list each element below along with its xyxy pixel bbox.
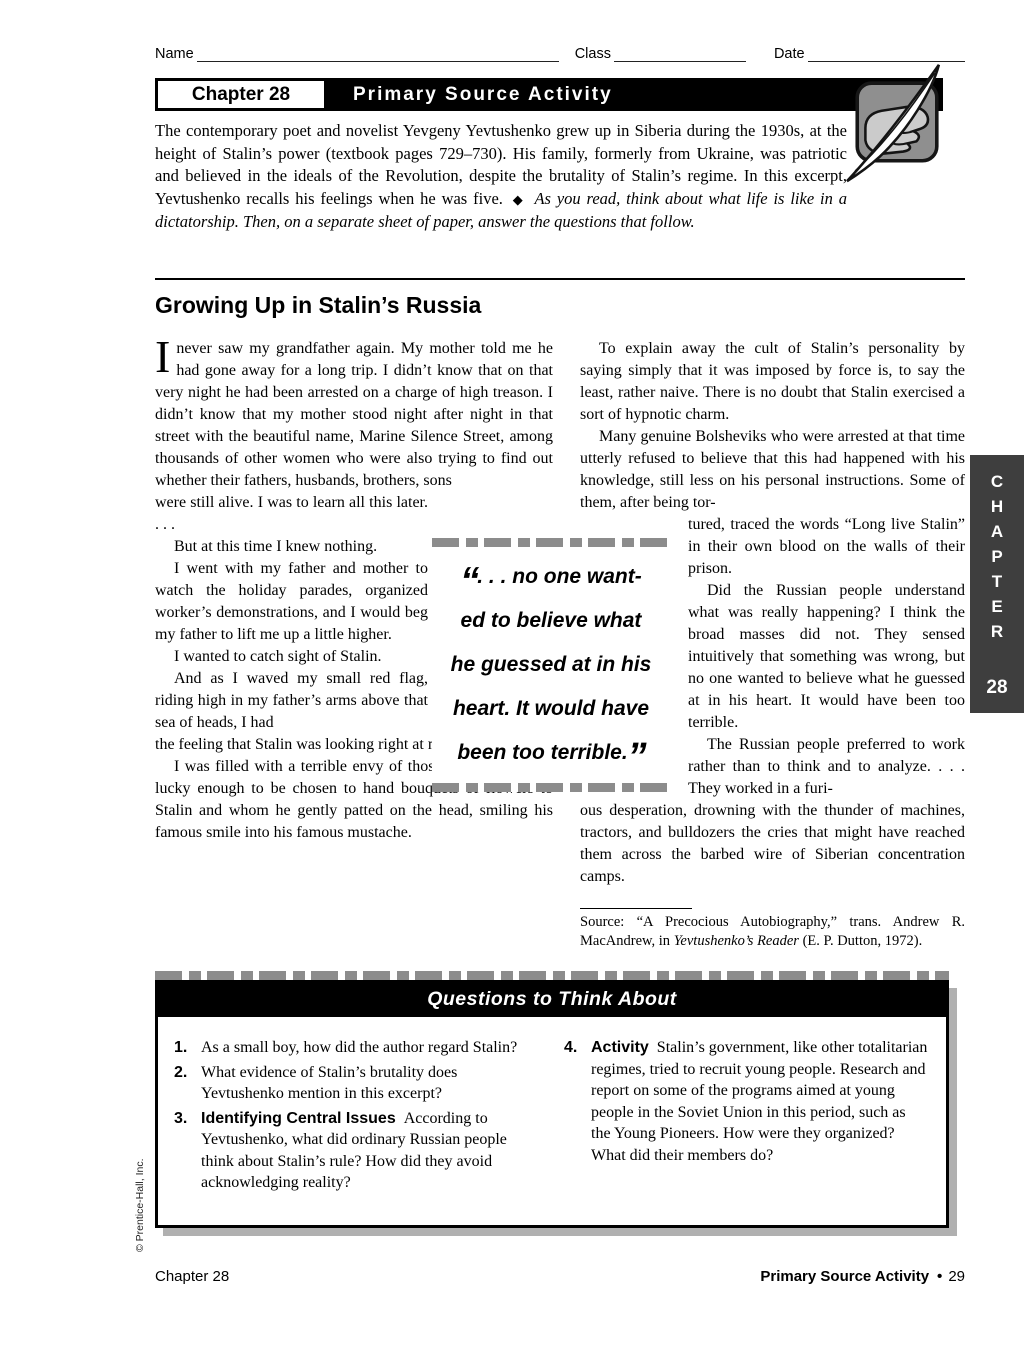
left-narrow-wrap: were still alive. I was to learn all thi… xyxy=(155,492,428,734)
question-item: 4. ActivityStalin’s government, like oth… xyxy=(564,1037,928,1166)
question-item: 2. What evidence of Stalin’s brutality d… xyxy=(174,1062,538,1105)
question-item: 3. Identifying Central IssuesAccording t… xyxy=(174,1108,538,1194)
name-label: Name xyxy=(155,46,197,62)
tab-letter: H xyxy=(991,494,1003,519)
question-number: 4. xyxy=(564,1037,591,1166)
name-blank-line xyxy=(197,44,559,62)
question-item: 1. As a small boy, how did the author re… xyxy=(174,1037,538,1059)
intro-paragraph: The contemporary poet and novelist Yevge… xyxy=(155,120,847,234)
quote-line: been too terrible.” xyxy=(432,741,670,765)
tab-letter: T xyxy=(992,569,1002,594)
paragraph: And as I waved my small red flag, riding… xyxy=(155,668,428,734)
source-rule xyxy=(580,908,692,909)
questions-right-column: 4. ActivityStalin’s government, like oth… xyxy=(564,1037,928,1197)
paragraph: Did the Russian people understand what w… xyxy=(688,580,965,734)
open-quote-mark: “ xyxy=(460,560,477,602)
questions-box: Questions to Think About 1. As a small b… xyxy=(155,980,949,1228)
worksheet-page: Name Class Date Chapter 28 Primary Sourc… xyxy=(0,0,1024,1350)
paragraph: were still alive. I was to learn all thi… xyxy=(155,492,428,536)
banner: Chapter 28 Primary Source Activity xyxy=(155,78,943,111)
paragraph: ous desperation, drowning with the thund… xyxy=(580,800,965,888)
tab-letter: C xyxy=(991,469,1003,494)
divider-rule xyxy=(155,278,965,280)
question-number: 2. xyxy=(174,1062,201,1105)
stripe-bar-questions xyxy=(155,971,949,980)
footer-right: Primary Source Activity•29 xyxy=(760,1268,965,1285)
tab-letter: R xyxy=(991,619,1003,644)
chapter-number-box: Chapter 28 xyxy=(155,78,327,111)
quote-line: heart. It would have xyxy=(432,697,670,721)
source-text-end: (E. P. Dutton, 1972). xyxy=(799,933,922,949)
class-label: Class xyxy=(575,46,614,62)
question-text: ActivityStalin’s government, like other … xyxy=(591,1037,928,1166)
questions-left-column: 1. As a small boy, how did the author re… xyxy=(174,1037,538,1197)
questions-body: 1. As a small boy, how did the author re… xyxy=(158,1017,946,1225)
pull-quote-text: “. . . no one want- ed to believe what h… xyxy=(432,547,670,783)
paragraph: I wanted to catch sight of Stalin. xyxy=(155,646,428,668)
drop-cap: I xyxy=(155,338,176,375)
paragraph: The Russian people preferred to work rat… xyxy=(688,734,965,800)
close-quote-mark: ” xyxy=(628,736,645,778)
quote-line: ed to believe what xyxy=(432,609,670,633)
class-blank-line xyxy=(614,44,746,62)
question-text: As a small boy, how did the author regar… xyxy=(201,1037,517,1059)
paragraph: Many genuine Bolsheviks who were arreste… xyxy=(580,426,965,514)
right-narrow-wrap: tured, traced the words “Long live Stali… xyxy=(688,514,965,800)
tab-letter: A xyxy=(991,519,1003,544)
diamond-icon: ◆ xyxy=(509,192,529,207)
paragraph: To explain away the cult of Stalin’s per… xyxy=(580,338,965,426)
paragraph: Inever saw my grandfather again. My moth… xyxy=(155,338,553,492)
quill-pen-icon xyxy=(845,60,947,186)
paragraph: tured, traced the words “Long live Stali… xyxy=(688,514,965,580)
pull-quote: “. . . no one want- ed to believe what h… xyxy=(432,538,670,792)
footer-page-number: 29 xyxy=(942,1268,965,1285)
chapter-side-tab: C H A P T E R 28 xyxy=(970,455,1024,713)
copyright-notice: © Prentice-Hall, Inc. xyxy=(134,1158,146,1252)
quote-line: he guessed at in his xyxy=(432,653,670,677)
footer-bullet: • xyxy=(929,1268,942,1285)
paragraph: But at this time I knew nothing. xyxy=(155,536,428,558)
name-class-date-row: Name Class Date xyxy=(155,44,965,62)
question-number: 1. xyxy=(174,1037,201,1059)
tab-letter: E xyxy=(991,594,1002,619)
footer-title: Primary Source Activity xyxy=(760,1268,929,1285)
page-footer: Chapter 28 Primary Source Activity•29 xyxy=(155,1268,965,1285)
tab-letter: P xyxy=(991,544,1002,569)
date-label: Date xyxy=(774,46,808,62)
footer-chapter: Chapter 28 xyxy=(155,1268,229,1285)
tab-chapter-number: 28 xyxy=(986,677,1007,699)
questions-header: Questions to Think About xyxy=(158,983,946,1017)
article-title: Growing Up in Stalin’s Russia xyxy=(155,292,481,319)
source-citation: Source: “A Precocious Autobiography,” tr… xyxy=(580,908,965,951)
quote-line: “. . . no one want- xyxy=(432,565,670,589)
source-book-title: Yevtushenko’s Reader xyxy=(674,933,799,949)
questions-section: Questions to Think About 1. As a small b… xyxy=(155,971,949,1228)
question-text: Identifying Central IssuesAccording to Y… xyxy=(201,1108,538,1194)
question-number: 3. xyxy=(174,1108,201,1194)
stripe-bar-top xyxy=(432,538,670,547)
paragraph: I went with my father and mother to watc… xyxy=(155,558,428,646)
stripe-bar-bottom xyxy=(432,783,670,792)
question-text: What evidence of Stalin’s brutality does… xyxy=(201,1062,538,1105)
